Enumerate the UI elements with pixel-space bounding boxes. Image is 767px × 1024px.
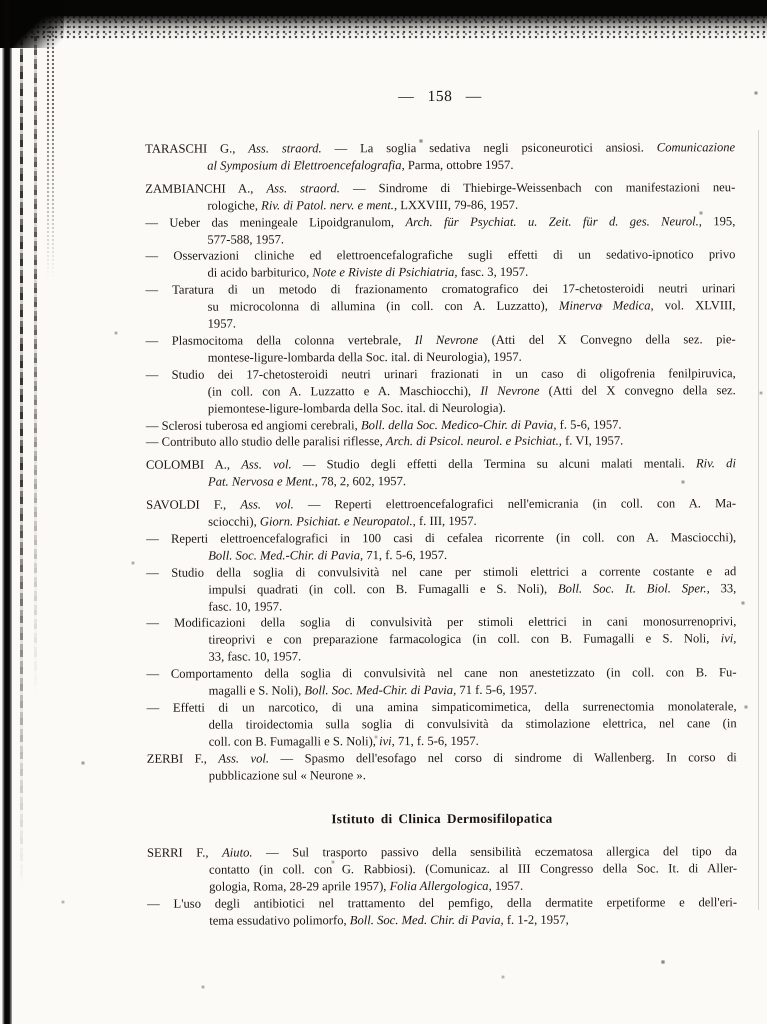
bib-text: magalli e S. Noli), <box>209 683 305 697</box>
bib-entry: SERRI F., Aiuto. — Sul trasporto passivo… <box>147 844 737 896</box>
bib-line: Pat. Nervosa e Ment., 78, 2, 602, 1957. <box>208 472 736 490</box>
bib-text: SERRI F., <box>147 846 222 860</box>
bib-section: Istituto di Clinica DermosifilopaticaSER… <box>147 810 737 930</box>
bib-text-italic: Boll. Soc. Med-Chir. di Pavia, <box>304 683 456 697</box>
bib-line: Boll. Soc. Med.-Chir. di Pavia, 71, f. 5… <box>208 546 736 564</box>
bib-line: — Sclerosi tuberosa ed angiomi cerebrali… <box>146 416 736 434</box>
bib-entry: ZAMBIANCHI A., Ass. straord. — Sindrome … <box>145 179 735 214</box>
bib-text: coll. con B. Fumagalli e S. Noli), <box>209 734 379 748</box>
bib-text-italic: Pat. Nervosa e Ment., <box>208 475 318 489</box>
bib-entry: — Contributo allo studio delle paralisi … <box>146 433 736 451</box>
page-edge-line-artifact <box>758 130 759 910</box>
bib-text: fasc. 3, 1957. <box>458 265 529 279</box>
bib-text: 33, <box>710 581 737 595</box>
binding-strip-artifact <box>2 0 12 1024</box>
bib-text: LXXVIII, 79-86, 1957. <box>397 198 518 212</box>
bib-line: TARASCHI G., Ass. straord. — La soglia s… <box>145 139 735 157</box>
bib-text: tema essudativo polimorfo, <box>209 913 350 927</box>
bib-text-italic: Giorn. Psichiat. e Neuropatol., <box>260 514 416 528</box>
bib-text-italic: ivi, <box>721 632 737 646</box>
bib-text-italic: Il Nevrone <box>480 383 539 397</box>
bib-text: fasc. 10, 1957. <box>208 599 282 613</box>
bib-line: pubblicazione sul « Neurone ». <box>209 766 737 784</box>
bib-text: — Osservazioni cliniche ed elettroencefa… <box>145 248 735 264</box>
bib-text-italic: Boll. Soc. Med. Chir. di Pavia, <box>350 913 504 927</box>
bib-line: al Symposium di Elettroencefalografia, P… <box>207 156 735 174</box>
bib-text: 33, fasc. 10, 1957. <box>208 650 301 664</box>
bib-text: 1957. <box>492 879 524 893</box>
bib-text: piemontese-ligure-lombarda della Soc. it… <box>208 400 506 415</box>
bib-text-italic: Boll. Soc. It. Biol. Sper., <box>558 581 710 595</box>
bib-line: (in coll. con A. Luzzatto e A. Maschiocc… <box>208 382 736 400</box>
bib-line: tema essudativo polimorfo, Boll. Soc. Me… <box>209 911 737 929</box>
bib-entry: — Osservazioni cliniche ed elettroencefa… <box>145 247 735 282</box>
bib-line: impulsi quadrati (in coll. con B. Fumaga… <box>208 580 736 598</box>
bib-text: contatto (in coll. con G. Rabbiosi). (Co… <box>209 862 737 877</box>
bib-line: — Effetti di un narcotico, di una amina … <box>147 698 737 716</box>
bib-line: — Modificazioni della soglia di convulsi… <box>146 614 736 632</box>
bib-line: rologiche, Riv. di Patol. nerv. e ment.,… <box>207 196 735 214</box>
binding-scratch-line-artifact <box>34 36 37 696</box>
bib-text-italic: Ass. straord. <box>248 141 321 155</box>
bib-text-italic: Aiuto. <box>222 846 252 860</box>
bib-text: gologia, Roma, 28-29 aprile 1957), <box>209 879 390 893</box>
bib-text: — Comportamento della soglia di convulsi… <box>147 665 737 681</box>
bib-text-italic: Comunicazione <box>657 140 735 154</box>
bib-text: — Contributo allo studio delle paralisi … <box>146 435 386 450</box>
bib-line: gologia, Roma, 28-29 aprile 1957), Folia… <box>209 877 737 895</box>
bib-entry: — Effetti di un narcotico, di una amina … <box>147 698 737 750</box>
bib-text: f. 5-6, 1957. <box>556 417 621 431</box>
bib-text: — Ueber das meningeale Lipoidgranulom, <box>145 215 405 230</box>
bib-text: impulsi quadrati (in coll. con B. Fumaga… <box>208 581 558 596</box>
bib-text: (in coll. con A. Luzzatto e A. Maschiocc… <box>208 384 481 399</box>
bib-line: SAVOLDI F., Ass. vol. — Reperti elettroe… <box>146 495 736 513</box>
bib-entry: SAVOLDI F., Ass. vol. — Reperti elettroe… <box>146 495 736 530</box>
bib-entry: — L'uso degli antibiotici nel trattament… <box>147 894 737 929</box>
bib-text: — Taratura di un metodo di frazionamento… <box>146 281 736 297</box>
bib-text-italic: Ass. vol. <box>241 458 291 472</box>
bib-line: — Ueber das meningeale Lipoidgranulom, A… <box>145 213 735 231</box>
scan-top-band-artifact <box>0 0 767 16</box>
bib-line: — Taratura di un metodo di frazionamento… <box>146 280 736 298</box>
bib-text: (Atti del X Convegno della sez. pie- <box>478 332 736 347</box>
bib-text: — La soglia sedativa negli psiconeurotic… <box>322 140 657 155</box>
bib-line: su microcolonna di allumina (in coll. co… <box>208 297 736 315</box>
bib-text: montese-ligure-lombarda della Soc. ital.… <box>208 350 522 365</box>
bib-text: f. 1-2, 1957, <box>504 913 569 927</box>
bibliography-sections: TARASCHI G., Ass. straord. — La soglia s… <box>145 139 737 930</box>
bib-text: — Modificazioni della soglia di convulsi… <box>146 615 736 631</box>
bib-line: piemontese-ligure-lombarda della Soc. it… <box>208 399 736 417</box>
bib-text: 71, f. 5-6, 1957. <box>363 548 447 562</box>
bib-entry: — Comportamento della soglia di convulsi… <box>147 664 737 699</box>
bib-line: — Osservazioni cliniche ed elettroencefa… <box>145 247 735 265</box>
bib-text: TARASCHI G., <box>145 142 248 156</box>
bib-entry: — Studio della soglia di convulsività ne… <box>146 563 736 615</box>
bib-text-italic: Ass. straord. <box>266 181 339 195</box>
bib-entry: COLOMBI A., Ass. vol. — Studio degli eff… <box>146 456 736 491</box>
bib-text-italic: Minerva Medica, <box>559 299 654 313</box>
section-heading: Istituto di Clinica Dermosifilopatica <box>147 810 737 828</box>
bib-line: coll. con B. Fumagalli e S. Noli), ivi, … <box>209 732 737 750</box>
bib-line: — Contributo allo studio delle paralisi … <box>146 433 736 451</box>
bib-text: — Studio degli effetti della Termina su … <box>292 457 696 472</box>
bib-entry: — Ueber das meningeale Lipoidgranulom, A… <box>145 213 735 248</box>
bib-line: sciocchi), Giorn. Psichiat. e Neuropatol… <box>208 512 736 530</box>
bib-line: ZERBI F., Ass. vol. — Spasmo dell'esofag… <box>147 749 737 767</box>
bib-line: tireoprivi e con preparazione farmacolog… <box>208 631 736 649</box>
bib-text: — Sclerosi tuberosa ed angiomi cerebrali… <box>146 418 361 433</box>
bib-text: 1957. <box>208 317 236 331</box>
bib-text: Parma, ottobre 1957. <box>405 158 514 172</box>
bib-text: della tiroidectomia sulla soglia di conv… <box>209 716 737 731</box>
bib-text: ZAMBIANCHI A., <box>145 181 266 195</box>
bib-line: — Studio dei 17-chetosteroidi neutri uri… <box>146 365 736 383</box>
bib-entry: — Plasmocitoma della colonna vertebrale,… <box>146 331 736 366</box>
bib-line: — Reperti elettroencefalografici in 100 … <box>146 529 736 547</box>
bib-text-italic: Boll. Soc. Med.-Chir. di Pavia, <box>208 548 363 562</box>
bib-text-italic: Riv. di Patol. nerv. e ment., <box>261 198 397 212</box>
bib-line: contatto (in coll. con G. Rabbiosi). (Co… <box>209 861 737 879</box>
bib-line: fasc. 10, 1957. <box>208 597 736 615</box>
scanned-page: — 158 — TARASCHI G., Ass. straord. — La … <box>0 0 767 1024</box>
bib-text: 78, 2, 602, 1957. <box>318 474 406 488</box>
bib-line: 1957. <box>208 314 736 332</box>
bib-text: 71, f. 5-6, 1957. <box>395 734 479 748</box>
bib-text: — L'uso degli antibiotici nel trattament… <box>147 895 737 911</box>
bib-line: montese-ligure-lombarda della Soc. ital.… <box>208 348 736 366</box>
bib-text: SAVOLDI F., <box>146 498 240 512</box>
bib-text-italic: Folia Allergologica, <box>390 879 492 893</box>
bib-line: COLOMBI A., Ass. vol. — Studio degli eff… <box>146 456 736 474</box>
bib-entry: — Reperti elettroencefalografici in 100 … <box>146 529 736 564</box>
bib-text: ZERBI F., <box>147 751 219 765</box>
bib-text: 71 f. 5-6, 1957. <box>456 683 537 697</box>
scan-top-fade-artifact <box>0 15 767 39</box>
bib-text-italic: Ass. vol. <box>240 498 293 512</box>
bib-line: di acido barbiturico, Note e Riviste di … <box>207 264 735 282</box>
bib-entry: TARASCHI G., Ass. straord. — La soglia s… <box>145 139 735 174</box>
binding-scratch-line-artifact <box>20 38 23 888</box>
bib-entry: — Modificazioni della soglia di convulsi… <box>146 614 736 666</box>
bib-entry: ZERBI F., Ass. vol. — Spasmo dell'esofag… <box>147 749 737 784</box>
bib-text-italic: Ass. vol. <box>218 751 269 765</box>
bib-text-italic: Arch. di Psicol. neurol. e Psichiat., <box>386 434 562 448</box>
bib-entry: — Taratura di un metodo di frazionamento… <box>146 280 736 332</box>
bib-text: di acido barbiturico, <box>207 266 312 280</box>
bib-text: — Studio dei 17-chetosteroidi neutri uri… <box>146 366 736 382</box>
bib-text: — Plasmocitoma della colonna vertebrale, <box>146 333 415 348</box>
bib-text: (Atti del X convegno della sez. <box>539 383 735 398</box>
bib-section: TARASCHI G., Ass. straord. — La soglia s… <box>145 139 737 784</box>
bib-text-italic: Boll. della Soc. Medico-Chir. di Pavia, <box>361 417 557 432</box>
bib-text: vol. XLVIII, <box>654 298 736 312</box>
bib-text: rologiche, <box>207 198 261 212</box>
bib-text: — Reperti elettroencefalografici nell'em… <box>294 496 736 511</box>
bib-text-italic: al Symposium di Elettroencefalografia, <box>207 158 405 173</box>
bib-text-italic: Riv. di <box>696 457 736 471</box>
bib-text-italic: ivi, <box>379 734 395 748</box>
scan-speckles-artifact <box>0 0 2 2</box>
bib-line: magalli e S. Noli), Boll. Soc. Med-Chir.… <box>209 681 737 699</box>
bib-text: f. III, 1957. <box>416 514 477 528</box>
bib-text: COLOMBI A., <box>146 458 241 472</box>
bib-line: — Studio della soglia di convulsività ne… <box>146 563 736 581</box>
page-content: — 158 — TARASCHI G., Ass. straord. — La … <box>145 87 737 930</box>
bib-text: 195, <box>702 214 735 228</box>
bib-text-italic: Il Nevrone <box>415 333 478 347</box>
bib-entry: — Studio dei 17-chetosteroidi neutri uri… <box>146 365 736 417</box>
bib-text: tireoprivi e con preparazione farmacolog… <box>208 632 720 647</box>
bib-entry: — Sclerosi tuberosa ed angiomi cerebrali… <box>146 416 736 434</box>
bib-text: f. VI, 1957. <box>562 434 623 448</box>
bib-text: sciocchi), <box>208 515 260 529</box>
bib-text: — Effetti di un narcotico, di una amina … <box>147 699 737 715</box>
bib-text: 577-588, 1957. <box>207 232 284 246</box>
bib-text: — Sul trasporto passivo della sensibilit… <box>252 845 737 860</box>
bib-line: — Comportamento della soglia di convulsi… <box>147 664 737 682</box>
bib-line: ZAMBIANCHI A., Ass. straord. — Sindrome … <box>145 179 735 197</box>
bib-text: — Studio della soglia di convulsività ne… <box>146 564 736 580</box>
bib-text-italic: Note e Riviste di Psichiatria, <box>312 265 457 279</box>
bib-text-italic: Arch. für Psychiat. u. Zeit. für d. ges.… <box>405 214 702 229</box>
bib-text: — Sindrome di Thiebirge-Weissenbach con … <box>340 180 735 195</box>
bib-line: — L'uso degli antibiotici nel trattament… <box>147 894 737 912</box>
page-number: — 158 — <box>145 87 735 107</box>
bib-line: SERRI F., Aiuto. — Sul trasporto passivo… <box>147 844 737 862</box>
bib-line: della tiroidectomia sulla soglia di conv… <box>209 715 737 733</box>
bib-line: 577-588, 1957. <box>207 230 735 248</box>
bib-text: — Reperti elettroencefalografici in 100 … <box>146 530 736 546</box>
bib-line: — Plasmocitoma della colonna vertebrale,… <box>146 331 736 349</box>
bib-line: 33, fasc. 10, 1957. <box>208 648 736 666</box>
binding-scratch-line-artifact <box>46 26 54 326</box>
bib-text: pubblicazione sul « Neurone ». <box>209 768 366 782</box>
bib-text: su microcolonna di allumina (in coll. co… <box>208 299 559 314</box>
bib-text: — Spasmo dell'esofago nel corso di sindr… <box>269 750 737 765</box>
